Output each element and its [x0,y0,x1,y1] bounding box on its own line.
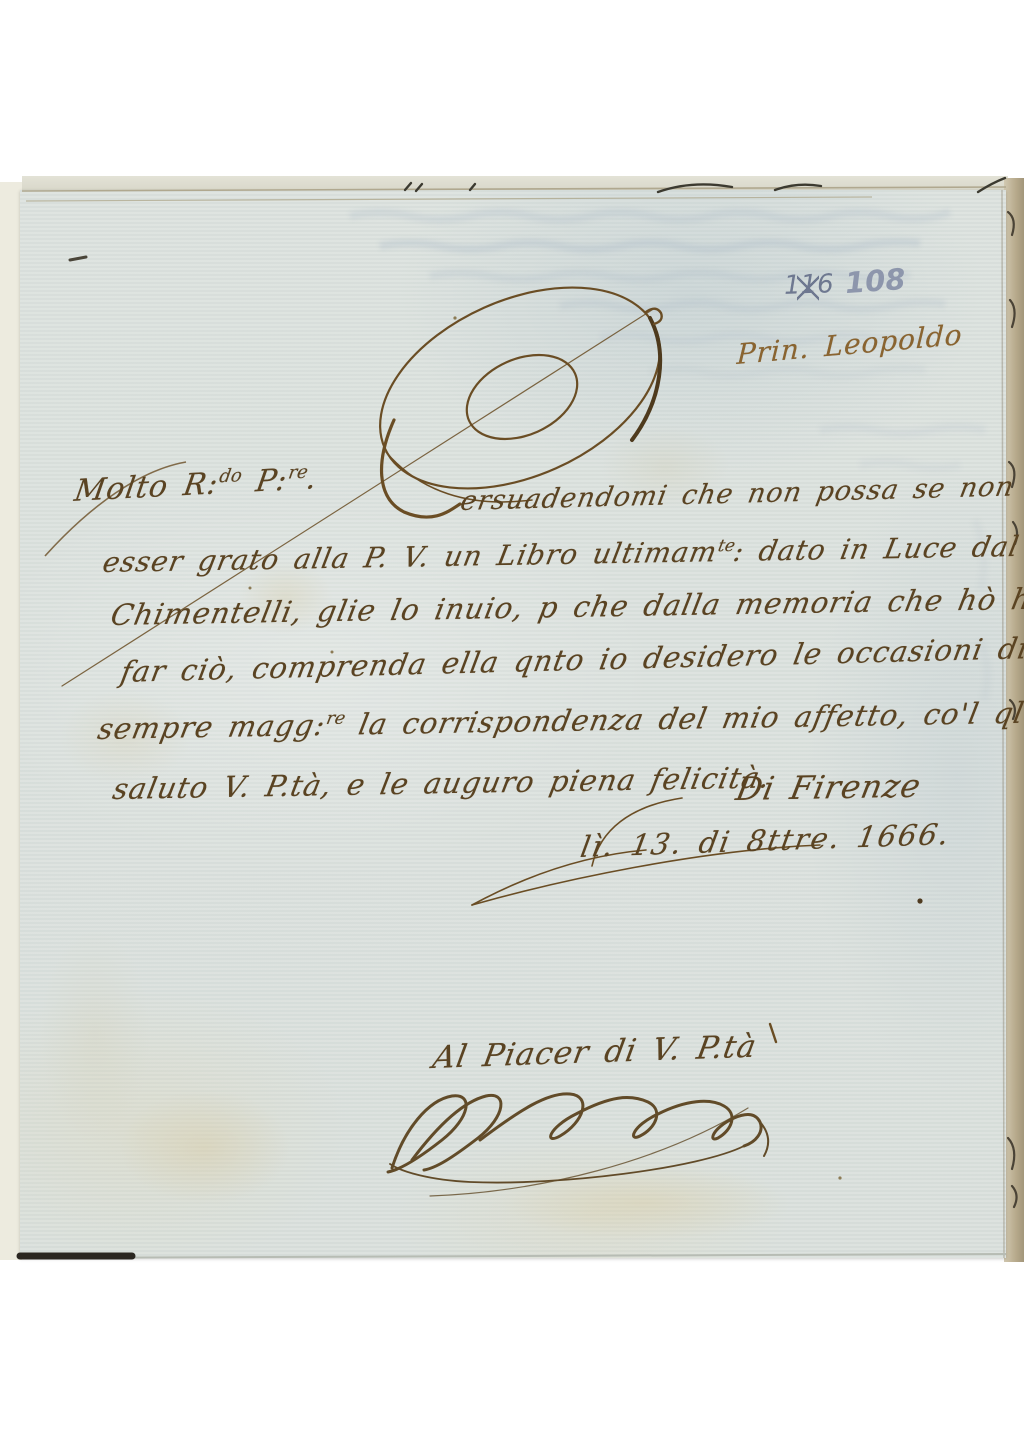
manuscript-letter-scan: 116 108 Prin. Leopoldo Molto R:do P:re. … [0,0,1024,1448]
salutation-superscript: re [287,461,310,483]
folio-number: 108 [844,262,907,300]
strike-x-mark [797,275,819,301]
salutation-text: P: [238,463,290,501]
body-line-5-text: sempre magg: [95,708,329,746]
body-line-5-superscript: re [325,709,348,729]
body-line-2-text: : dato in Luce dal Dottor [731,528,1024,568]
salutation-superscript: do [218,465,244,487]
place-of-writing: Di Firenze [733,767,925,808]
underlying-sheet-left-edge [0,182,22,1260]
